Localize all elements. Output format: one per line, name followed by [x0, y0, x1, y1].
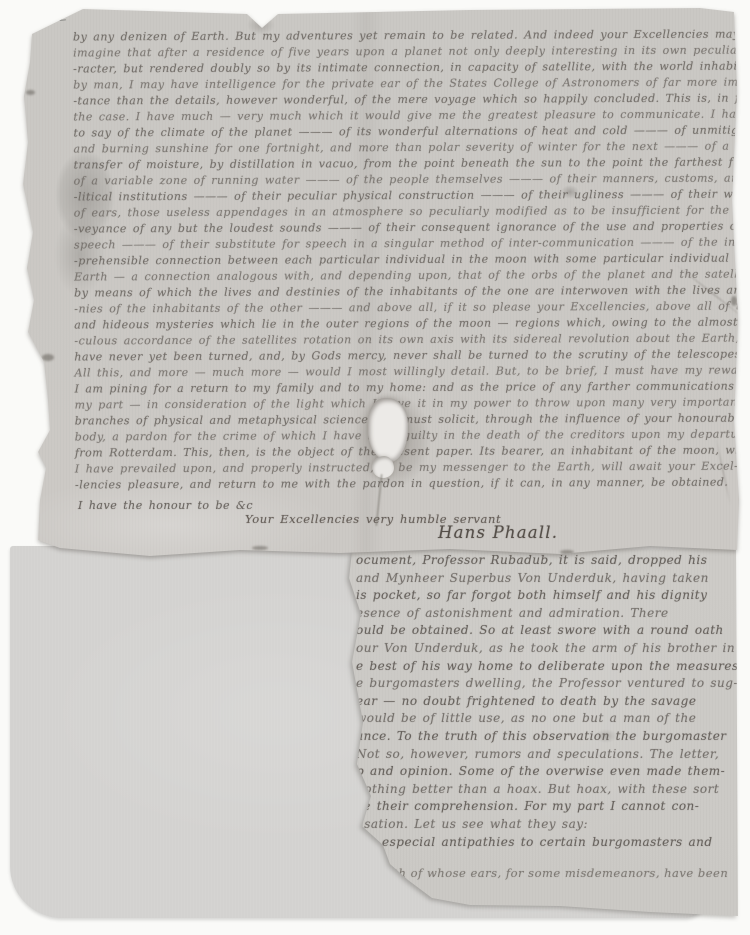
fragment-line: ance. To the truth of this observation t…: [356, 728, 739, 746]
fragment-last-line: oth of whose ears, for some misdemeanors…: [386, 866, 728, 880]
fragment-line: e best of his way home to deliberate upo…: [356, 658, 739, 676]
letter-page: 22 by any denizen of Earth. But my adven…: [0, 0, 750, 562]
edge-tear-mark: [26, 90, 35, 95]
edge-tear-mark: [731, 296, 737, 306]
edge-tear-mark: [30, 440, 39, 445]
fragment-line: our Von Underduk, as he took the arm of …: [356, 640, 739, 658]
torn-hole-lobe: [372, 456, 394, 478]
fragment-line: is pocket, so far forgot both himself an…: [356, 587, 739, 605]
edge-tear-mark: [16, 296, 27, 302]
edge-tear-mark: [42, 354, 54, 361]
edge-tear-mark: [252, 546, 268, 550]
scanned-manuscript-page: ocument, Professor Rubadub, it is said, …: [0, 0, 750, 935]
letter-line: -lencies pleasure, and return to me with…: [75, 475, 735, 494]
corner-pencil-annotation: 22: [43, 8, 75, 26]
fragment-line: ve their comprehension. For my part I ca…: [356, 798, 739, 816]
fragment-line: usation. Let us see what they say:: [356, 816, 739, 834]
fragment-line: nothing better than a hoax. But hoax, wi…: [356, 781, 739, 799]
fragment-line: ain especial antipathies to certain burg…: [356, 834, 739, 852]
edge-tear-mark: [33, 477, 41, 482]
letter-closing: I have the honour to be &c: [78, 499, 253, 512]
torn-hole: [368, 398, 408, 462]
fragment-line: esence of astonishment and admiration. T…: [356, 605, 739, 623]
letter-page-wrapper: 22 by any denizen of Earth. But my adven…: [0, 0, 750, 562]
torn-manuscript-fragment: ocument, Professor Rubadub, it is said, …: [340, 540, 750, 930]
torn-fragment-wrapper: ocument, Professor Rubadub, it is said, …: [340, 540, 750, 930]
edge-tear-mark: [560, 550, 574, 554]
fragment-line: p and opinion. Some of the overwise even…: [356, 763, 739, 781]
fragment-line: ould be obtained. So at least swore with…: [356, 622, 739, 640]
fragment-line: ear — no doubt frightened to death by th…: [356, 693, 739, 711]
fragment-line: e burgomasters dwelling, the Professor v…: [356, 675, 739, 693]
signature-hans-phaall: Hans Phaall.: [438, 523, 558, 542]
fragment-text-block: ocument, Professor Rubadub, it is said, …: [356, 552, 739, 851]
fragment-line: would be of little use, as no one but a …: [356, 710, 739, 728]
fragment-line: Not so, however, rumors and speculations…: [356, 746, 739, 764]
fragment-line: and Mynheer Superbus Von Underduk, havin…: [356, 570, 739, 588]
